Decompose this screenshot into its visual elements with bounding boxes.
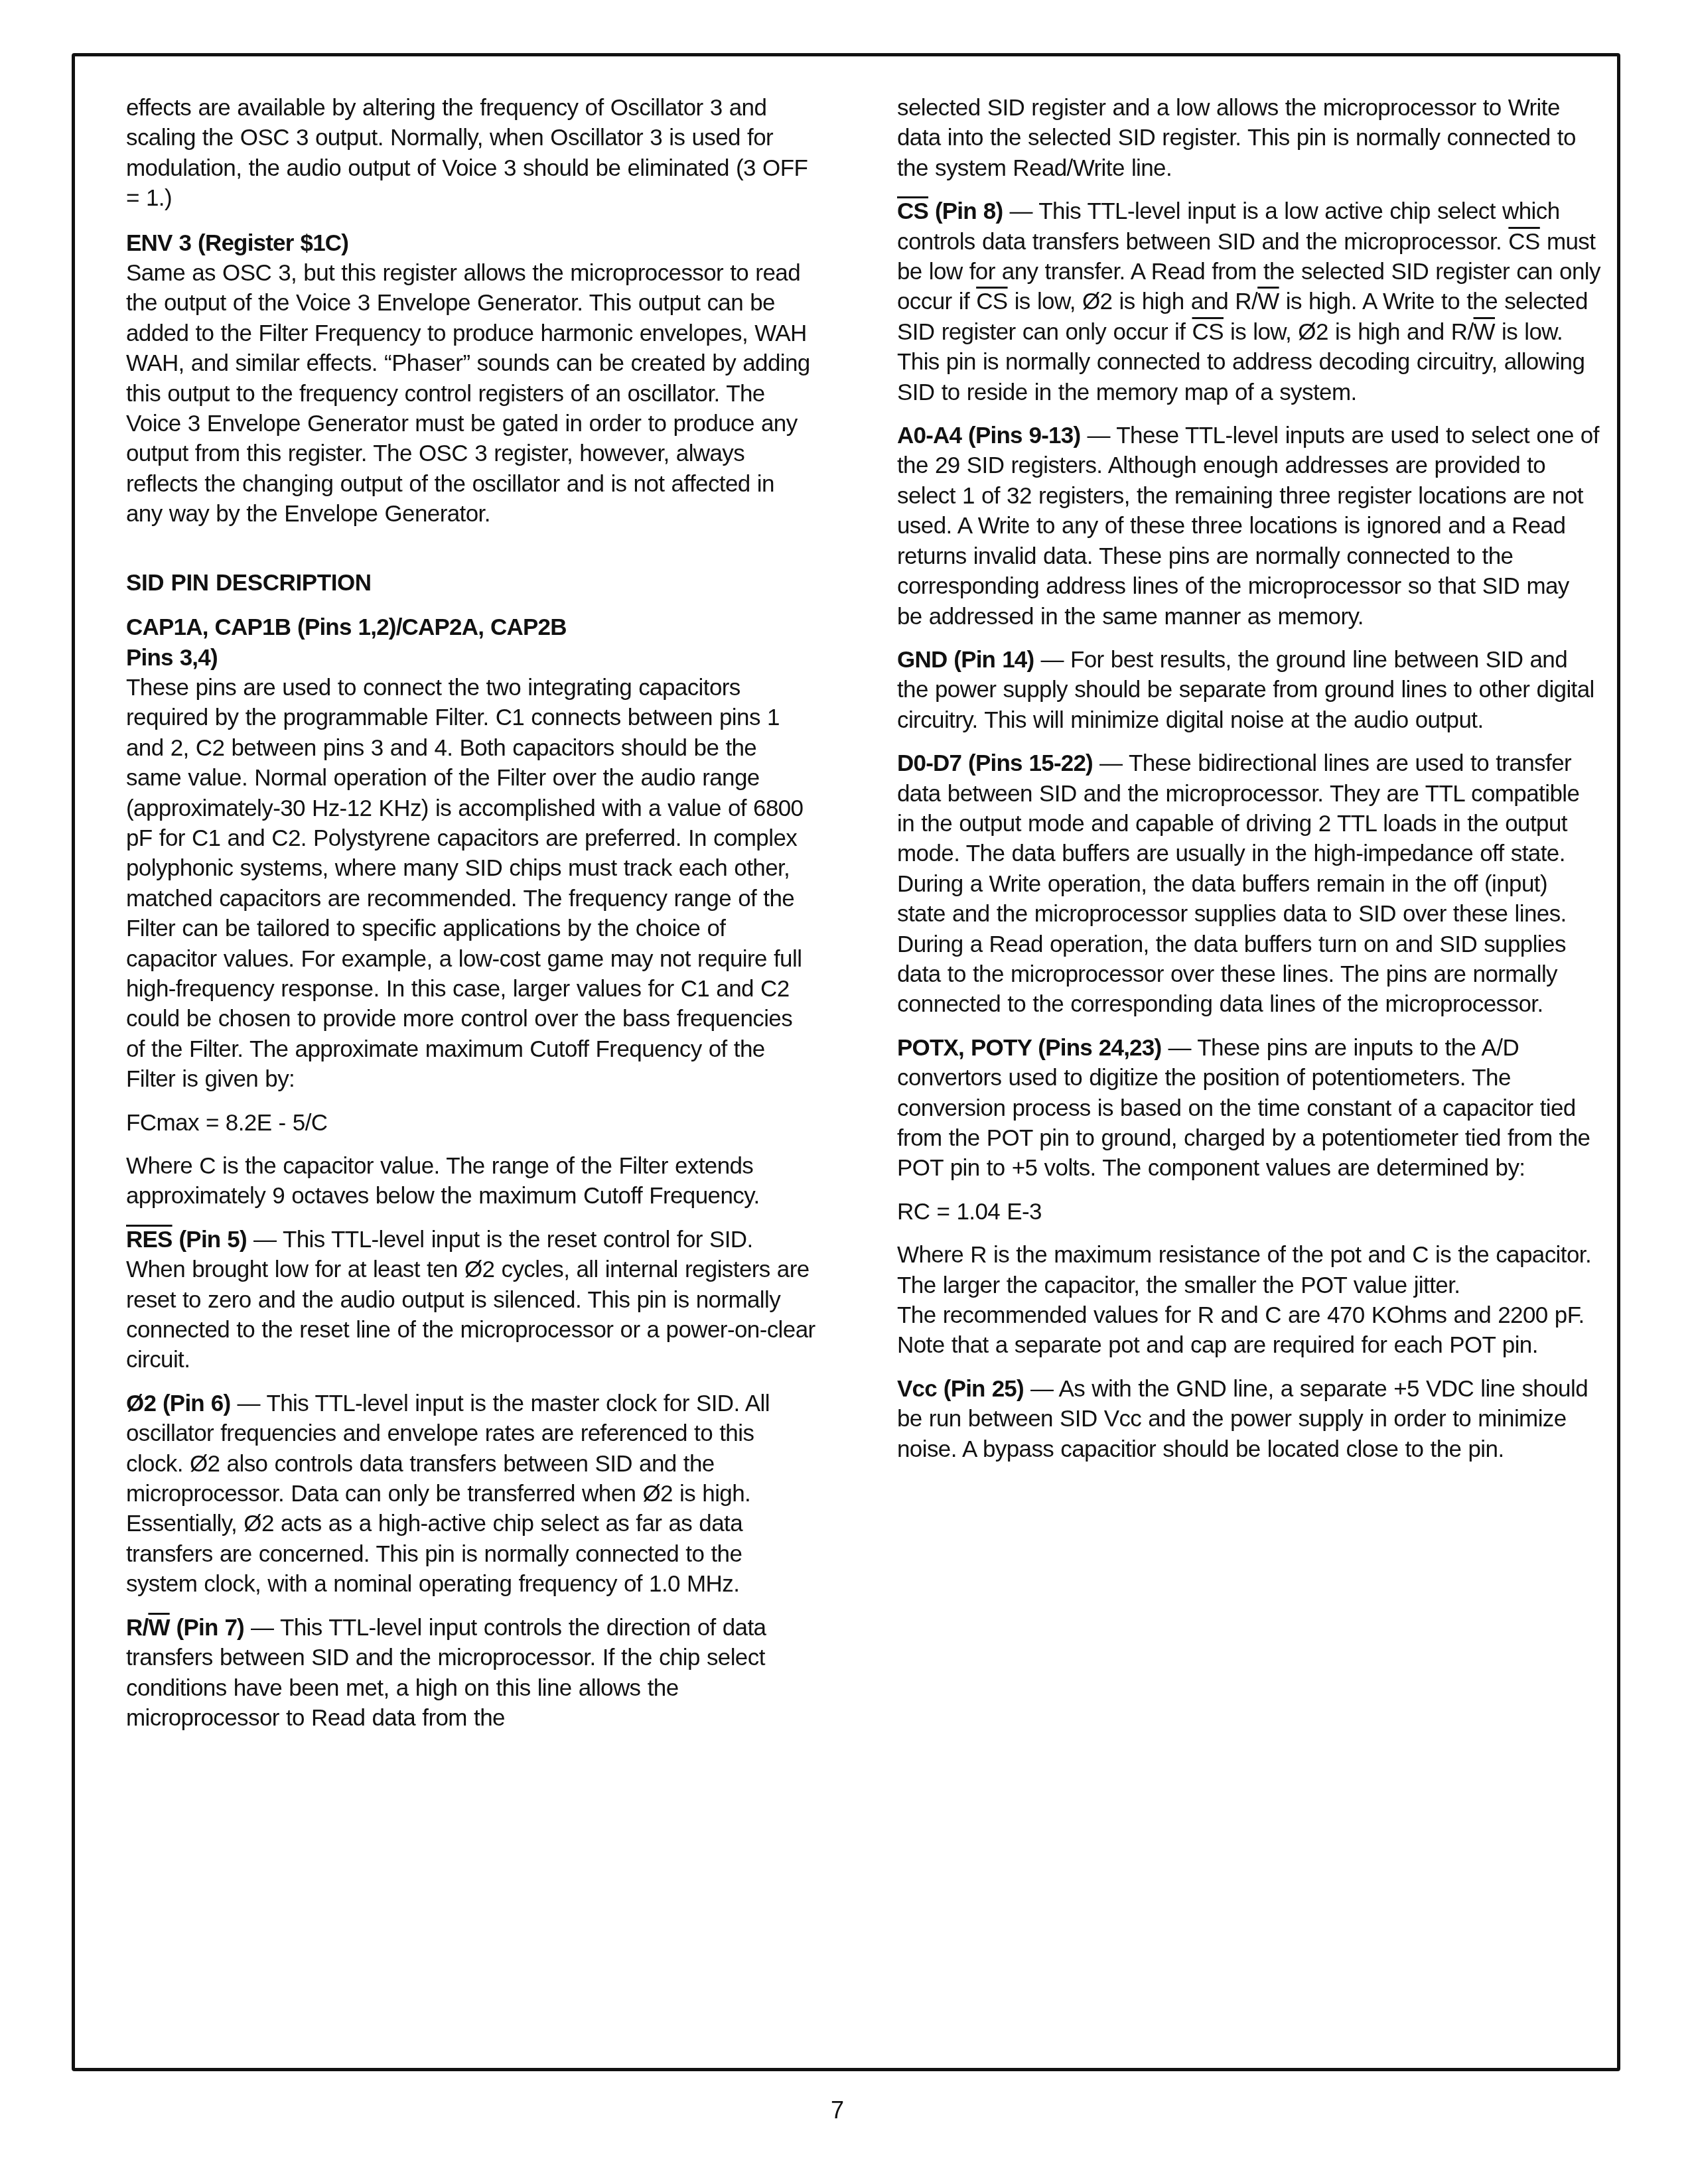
phi2-heading: Ø2 (Pin 6) bbox=[126, 1391, 230, 1416]
vcc-heading: Vcc (Pin 25) bbox=[897, 1376, 1024, 1402]
cs-pin-number: (Pin 8) bbox=[928, 198, 1003, 224]
pot-note-3: The recommended values for R and C are 4… bbox=[897, 1300, 1600, 1330]
d0d7-pin-description: D0-D7 (Pins 15-22) — These bidirectional… bbox=[897, 748, 1600, 1020]
d0d7-heading: D0-D7 (Pins 15-22) bbox=[897, 750, 1093, 776]
rw-pin-description: R/W (Pin 7) — This TTL-level input contr… bbox=[126, 1613, 816, 1734]
a0a4-body: — These TTL-level inputs are used to sel… bbox=[897, 423, 1599, 629]
a0a4-heading: A0-A4 (Pins 9-13) bbox=[897, 423, 1080, 448]
cs-ref-3: CS bbox=[1192, 319, 1224, 345]
res-pin-description: RES (Pin 5) — This TTL-level input is th… bbox=[126, 1225, 816, 1375]
page-number: 7 bbox=[831, 2096, 844, 2124]
rw-continued: selected SID register and a low allows t… bbox=[897, 93, 1600, 183]
phi2-body: — This TTL-level input is the master clo… bbox=[126, 1391, 770, 1597]
pot-pin-description: POTX, POTY (Pins 24,23) — These pins are… bbox=[897, 1033, 1600, 1184]
rc-formula: RC = 1.04 E-3 bbox=[897, 1197, 1600, 1227]
cap-heading-line1: CAP1A, CAP1B (Pins 1,2)/CAP2A, CAP2B bbox=[126, 612, 816, 642]
cs-signal-name: CS bbox=[897, 198, 928, 224]
pot-heading: POTX, POTY (Pins 24,23) bbox=[897, 1035, 1161, 1061]
a0a4-pin-description: A0-A4 (Pins 9-13) — These TTL-level inpu… bbox=[897, 421, 1600, 632]
cap-body: These pins are used to connect the two i… bbox=[126, 673, 816, 1095]
cs-body-5: is low, Ø2 is high and R/ bbox=[1224, 319, 1474, 345]
rw-pin-number: (Pin 7) bbox=[170, 1615, 244, 1641]
cs-pin-description: CS (Pin 8) — This TTL-level input is a l… bbox=[897, 196, 1600, 407]
pot-note-2: The larger the capacitor, the smaller th… bbox=[897, 1270, 1600, 1300]
cs-ref-1: CS bbox=[1508, 229, 1539, 255]
rw-signal-w: W bbox=[148, 1615, 169, 1641]
cap-after-formula: Where C is the capacitor value. The rang… bbox=[126, 1151, 816, 1211]
res-pin-number: (Pin 5) bbox=[173, 1227, 247, 1253]
env3-body: Same as OSC 3, but this register allows … bbox=[126, 258, 816, 529]
vcc-pin-description: Vcc (Pin 25) — As with the GND line, a s… bbox=[897, 1374, 1600, 1464]
pot-note-4: Note that a separate pot and cap are req… bbox=[897, 1330, 1600, 1360]
env3-section: ENV 3 (Register $1C) Same as OSC 3, but … bbox=[126, 228, 816, 529]
cap-heading-line2: Pins 3,4) bbox=[126, 643, 816, 673]
fcmax-formula: FCmax = 8.2E - 5/C bbox=[126, 1108, 816, 1138]
env3-heading: ENV 3 (Register $1C) bbox=[126, 228, 816, 258]
left-column: effects are available by altering the fr… bbox=[126, 93, 816, 1746]
res-signal-name: RES bbox=[126, 1227, 173, 1253]
gnd-pin-description: GND (Pin 14) — For best results, the gro… bbox=[897, 645, 1600, 735]
section-title: SID PIN DESCRIPTION bbox=[126, 568, 816, 598]
intro-paragraph: effects are available by altering the fr… bbox=[126, 93, 816, 214]
right-column: selected SID register and a low allows t… bbox=[897, 93, 1600, 1477]
w-ref-1: W bbox=[1257, 289, 1279, 314]
gnd-heading: GND (Pin 14) bbox=[897, 647, 1034, 673]
rw-signal-r: R/ bbox=[126, 1615, 148, 1641]
cap-section: CAP1A, CAP1B (Pins 1,2)/CAP2A, CAP2B Pin… bbox=[126, 612, 816, 1211]
phi2-pin-description: Ø2 (Pin 6) — This TTL-level input is the… bbox=[126, 1389, 816, 1600]
w-ref-2: W bbox=[1474, 319, 1495, 345]
cs-body-3: is low, Ø2 is high and R/ bbox=[1008, 289, 1258, 314]
pot-note-1: Where R is the maximum resistance of the… bbox=[897, 1240, 1600, 1270]
cs-ref-2: CS bbox=[976, 289, 1007, 314]
d0d7-body: — These bidirectional lines are used to … bbox=[897, 750, 1579, 1017]
